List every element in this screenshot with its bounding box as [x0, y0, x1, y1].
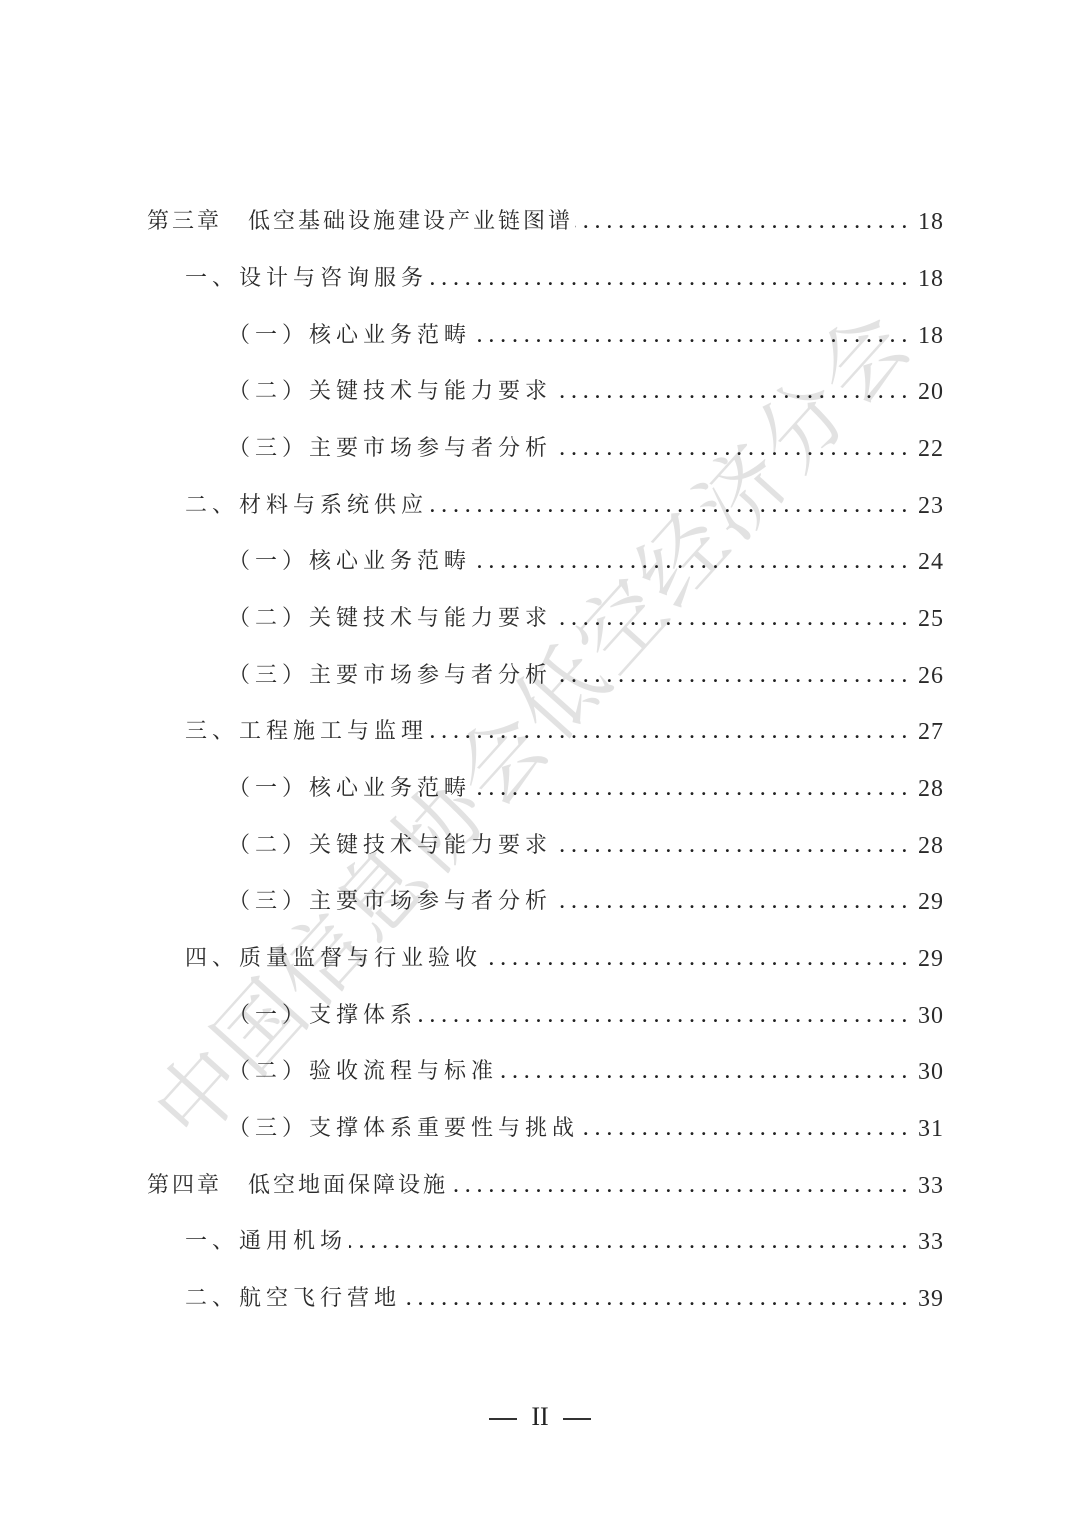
dash-left — [489, 1418, 517, 1420]
toc-label: （三）主要市场参与者分析 — [228, 887, 552, 917]
toc-entry[interactable]: 一、通用机场 33 — [185, 1217, 944, 1257]
toc-entry[interactable]: 二、航空飞行营地 39 — [185, 1274, 944, 1314]
dot-leader — [554, 887, 908, 917]
toc-label: （三）主要市场参与者分析 — [228, 661, 552, 691]
toc-entry[interactable]: 四、质量监督与行业验收 29 — [185, 934, 944, 974]
toc-label: （一）核心业务范畴 — [228, 547, 471, 577]
dot-leader — [403, 1284, 908, 1314]
page-number: II — [531, 1402, 548, 1431]
toc-label: （三）支撑体系重要性与挑战 — [228, 1114, 579, 1144]
toc-label: 一、通用机场 — [185, 1227, 347, 1257]
toc-label: 二、材料与系统供应 — [185, 491, 428, 521]
toc-label: 一、设计与咨询服务 — [185, 264, 428, 294]
dot-leader — [473, 547, 908, 577]
toc-entry[interactable]: （三）支撑体系重要性与挑战 31 — [228, 1104, 944, 1144]
dot-leader — [554, 377, 908, 407]
toc-label: （一）核心业务范畴 — [228, 774, 471, 804]
dot-leader — [419, 1001, 908, 1031]
toc-page-number: 26 — [914, 661, 944, 691]
toc-entry[interactable]: （一）核心业务范畴 18 — [228, 311, 944, 351]
toc-entry[interactable]: 第四章低空地面保障设施 33 — [147, 1161, 944, 1201]
dot-leader — [473, 321, 908, 351]
toc-label: （一）支撑体系 — [228, 1001, 417, 1031]
toc-page-number: 22 — [914, 434, 944, 464]
toc-entry[interactable]: 一、设计与咨询服务 18 — [185, 254, 944, 294]
dot-leader — [554, 831, 908, 861]
toc-page-number: 30 — [914, 1057, 944, 1087]
toc-page-number: 18 — [914, 264, 944, 294]
toc-label: 第三章低空基础设施建设产业链图谱 — [147, 207, 573, 237]
toc-page-number: 29 — [914, 944, 944, 974]
toc-entry[interactable]: 第三章低空基础设施建设产业链图谱 18 — [147, 197, 944, 237]
toc-entry[interactable]: （一）核心业务范畴 24 — [228, 537, 944, 577]
toc-page-number: 23 — [914, 491, 944, 521]
toc-page-number: 25 — [914, 604, 944, 634]
dot-leader — [349, 1227, 908, 1257]
toc-label: （三）主要市场参与者分析 — [228, 434, 552, 464]
toc-entry[interactable]: 三、工程施工与监理 27 — [185, 707, 944, 747]
toc-page-number: 24 — [914, 547, 944, 577]
toc-page-number: 28 — [914, 831, 944, 861]
toc-label: 四、质量监督与行业验收 — [185, 944, 482, 974]
toc-page-number: 33 — [914, 1227, 944, 1257]
dot-leader — [430, 264, 908, 294]
toc-page-number: 18 — [914, 321, 944, 351]
toc-page-number: 33 — [914, 1171, 944, 1201]
toc-entry[interactable]: （三）主要市场参与者分析 22 — [228, 424, 944, 464]
toc-page-number: 27 — [914, 717, 944, 747]
toc-label: （二）关键技术与能力要求 — [228, 377, 552, 407]
dot-leader — [554, 604, 908, 634]
dot-leader — [554, 434, 908, 464]
toc-entry[interactable]: （一）支撑体系 30 — [228, 991, 944, 1031]
toc-entry[interactable]: （一）核心业务范畴 28 — [228, 764, 944, 804]
toc-label: 三、工程施工与监理 — [185, 717, 428, 747]
toc-label: 第四章低空地面保障设施 — [147, 1171, 448, 1201]
toc-page-number: 30 — [914, 1001, 944, 1031]
toc-entry[interactable]: （二）关键技术与能力要求 20 — [228, 367, 944, 407]
toc-entry[interactable]: （二）关键技术与能力要求 28 — [228, 821, 944, 861]
toc-page-number: 29 — [914, 887, 944, 917]
dot-leader — [473, 774, 908, 804]
dash-right — [563, 1418, 591, 1420]
toc-entry[interactable]: （二）关键技术与能力要求 25 — [228, 594, 944, 634]
dot-leader — [554, 661, 908, 691]
dot-leader — [484, 944, 908, 974]
dot-leader — [581, 1114, 908, 1144]
toc-label: 二、航空飞行营地 — [185, 1284, 401, 1314]
toc-entry[interactable]: （二）验收流程与标准 30 — [228, 1047, 944, 1087]
toc-label: （一）核心业务范畴 — [228, 321, 471, 351]
toc-label: （二）关键技术与能力要求 — [228, 604, 552, 634]
toc-label: （二）验收流程与标准 — [228, 1057, 498, 1087]
toc-page-number: 20 — [914, 377, 944, 407]
dot-leader — [575, 207, 908, 237]
toc-page-number: 39 — [914, 1284, 944, 1314]
dot-leader — [450, 1171, 908, 1201]
toc-page-number: 18 — [914, 207, 944, 237]
toc-page-number: 28 — [914, 774, 944, 804]
toc-entry[interactable]: 二、材料与系统供应 23 — [185, 481, 944, 521]
dot-leader — [430, 491, 908, 521]
toc-entry[interactable]: （三）主要市场参与者分析 29 — [228, 877, 944, 917]
dot-leader — [430, 717, 908, 747]
dot-leader — [500, 1057, 908, 1087]
toc-page-number: 31 — [914, 1114, 944, 1144]
toc-label: （二）关键技术与能力要求 — [228, 831, 552, 861]
page-footer: II — [0, 1402, 1080, 1432]
toc-entry[interactable]: （三）主要市场参与者分析 26 — [228, 651, 944, 691]
